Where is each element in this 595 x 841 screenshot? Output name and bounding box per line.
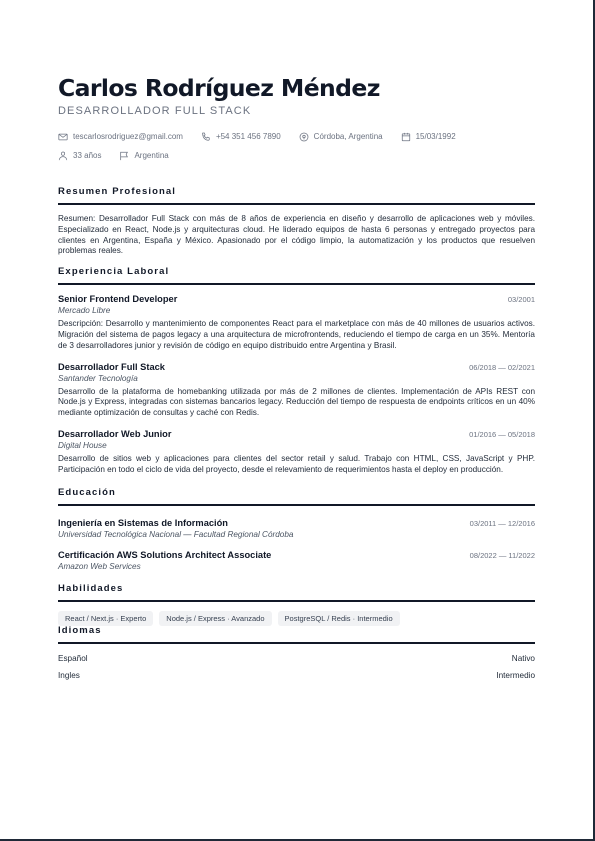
contact-email: tescarlosrodriguez@gmail.com xyxy=(58,131,183,143)
experience-item: Desarrollador Web Junior 01/2016 — 05/20… xyxy=(58,428,535,476)
location-text: Córdoba, Argentina xyxy=(314,131,383,143)
skill-tags: React / Next.js · Experto Node.js / Expr… xyxy=(58,611,535,626)
education-item: Ingeniería en Sistemas de Información 03… xyxy=(58,517,535,540)
job-title: Desarrollador Web Junior xyxy=(58,428,171,440)
section-title: Resumen Profesional xyxy=(58,186,535,198)
contact-location: Córdoba, Argentina xyxy=(299,131,383,143)
language-level: Nativo xyxy=(512,653,535,664)
location-icon xyxy=(299,132,309,142)
section-title: Experiencia Laboral xyxy=(58,266,535,278)
languages-section: Idiomas Español Nativo Ingles Intermedio xyxy=(58,625,535,681)
resume-header: Carlos Rodríguez Méndez DESARROLLADOR FU… xyxy=(58,74,535,162)
job-description: Descripción: Desarrollo y mantenimiento … xyxy=(58,319,535,351)
language-level: Intermedio xyxy=(496,670,535,681)
contact-age: 33 años xyxy=(58,150,101,162)
language-name: Ingles xyxy=(58,670,80,681)
section-divider xyxy=(58,203,535,205)
section-divider xyxy=(58,504,535,506)
job-dates: 03/2001 xyxy=(508,295,535,304)
section-title: Habilidades xyxy=(58,583,535,595)
job-dates: 01/2016 — 05/2018 xyxy=(469,430,535,439)
candidate-name: Carlos Rodríguez Méndez xyxy=(58,74,535,102)
skill-tag: Node.js / Express · Avanzado xyxy=(159,611,271,626)
education-section: Educación Ingeniería en Sistemas de Info… xyxy=(58,487,535,572)
age-text: 33 años xyxy=(73,150,101,162)
skill-tag: React / Next.js · Experto xyxy=(58,611,153,626)
experience-section: Experiencia Laboral Senior Frontend Deve… xyxy=(58,266,535,475)
summary-section: Resumen Profesional Resumen: Desarrollad… xyxy=(58,186,535,257)
birthdate-text: 15/03/1992 xyxy=(416,131,456,143)
experience-item: Senior Frontend Developer 03/2001 Mercad… xyxy=(58,293,535,351)
job-description: Desarrollo de sitios web y aplicaciones … xyxy=(58,454,535,476)
mail-icon xyxy=(58,132,68,142)
section-divider xyxy=(58,642,535,644)
job-title: Desarrollador Full Stack xyxy=(58,361,165,373)
institution-name: Amazon Web Services xyxy=(58,561,535,572)
contact-phone: +54 351 456 7890 xyxy=(201,131,281,143)
flag-icon xyxy=(119,151,129,161)
calendar-icon xyxy=(401,132,411,142)
company-name: Mercado Libre xyxy=(58,305,535,316)
company-name: Digital House xyxy=(58,440,535,451)
section-title: Idiomas xyxy=(58,625,535,637)
section-divider xyxy=(58,283,535,285)
job-dates: 06/2018 — 02/2021 xyxy=(469,363,535,372)
phone-icon xyxy=(201,132,211,142)
education-dates: 03/2011 — 12/2016 xyxy=(470,519,535,528)
language-row: Ingles Intermedio xyxy=(58,670,535,681)
email-text: tescarlosrodriguez@gmail.com xyxy=(73,131,183,143)
company-name: Santander Tecnología xyxy=(58,373,535,384)
education-item: Certificación AWS Solutions Architect As… xyxy=(58,549,535,572)
language-row: Español Nativo xyxy=(58,653,535,664)
skill-tag: PostgreSQL / Redis · Intermedio xyxy=(278,611,400,626)
job-title: Senior Frontend Developer xyxy=(58,293,177,305)
contact-row-2: 33 años Argentina xyxy=(58,150,535,162)
job-description: Desarrollo de la plataforma de homebanki… xyxy=(58,387,535,419)
contact-birthdate: 15/03/1992 xyxy=(401,131,456,143)
resume-page: Carlos Rodríguez Méndez DESARROLLADOR FU… xyxy=(0,0,595,841)
section-title: Educación xyxy=(58,487,535,499)
section-divider xyxy=(58,600,535,602)
resume-content: Carlos Rodríguez Méndez DESARROLLADOR FU… xyxy=(58,74,535,681)
summary-text: Resumen: Desarrollador Full Stack con má… xyxy=(58,214,535,257)
candidate-title: DESARROLLADOR FULL STACK xyxy=(58,104,535,118)
education-dates: 08/2022 — 11/2022 xyxy=(470,551,535,560)
degree-title: Certificación AWS Solutions Architect As… xyxy=(58,549,271,561)
phone-text: +54 351 456 7890 xyxy=(216,131,281,143)
institution-name: Universidad Tecnológica Nacional — Facul… xyxy=(58,529,535,540)
contact-nationality: Argentina xyxy=(119,150,168,162)
user-icon xyxy=(58,151,68,161)
degree-title: Ingeniería en Sistemas de Información xyxy=(58,517,228,529)
language-name: Español xyxy=(58,653,88,664)
skills-section: Habilidades React / Next.js · Experto No… xyxy=(58,583,535,626)
nationality-text: Argentina xyxy=(134,150,168,162)
contact-row: tescarlosrodriguez@gmail.com +54 351 456… xyxy=(58,131,535,143)
experience-item: Desarrollador Full Stack 06/2018 — 02/20… xyxy=(58,361,535,419)
